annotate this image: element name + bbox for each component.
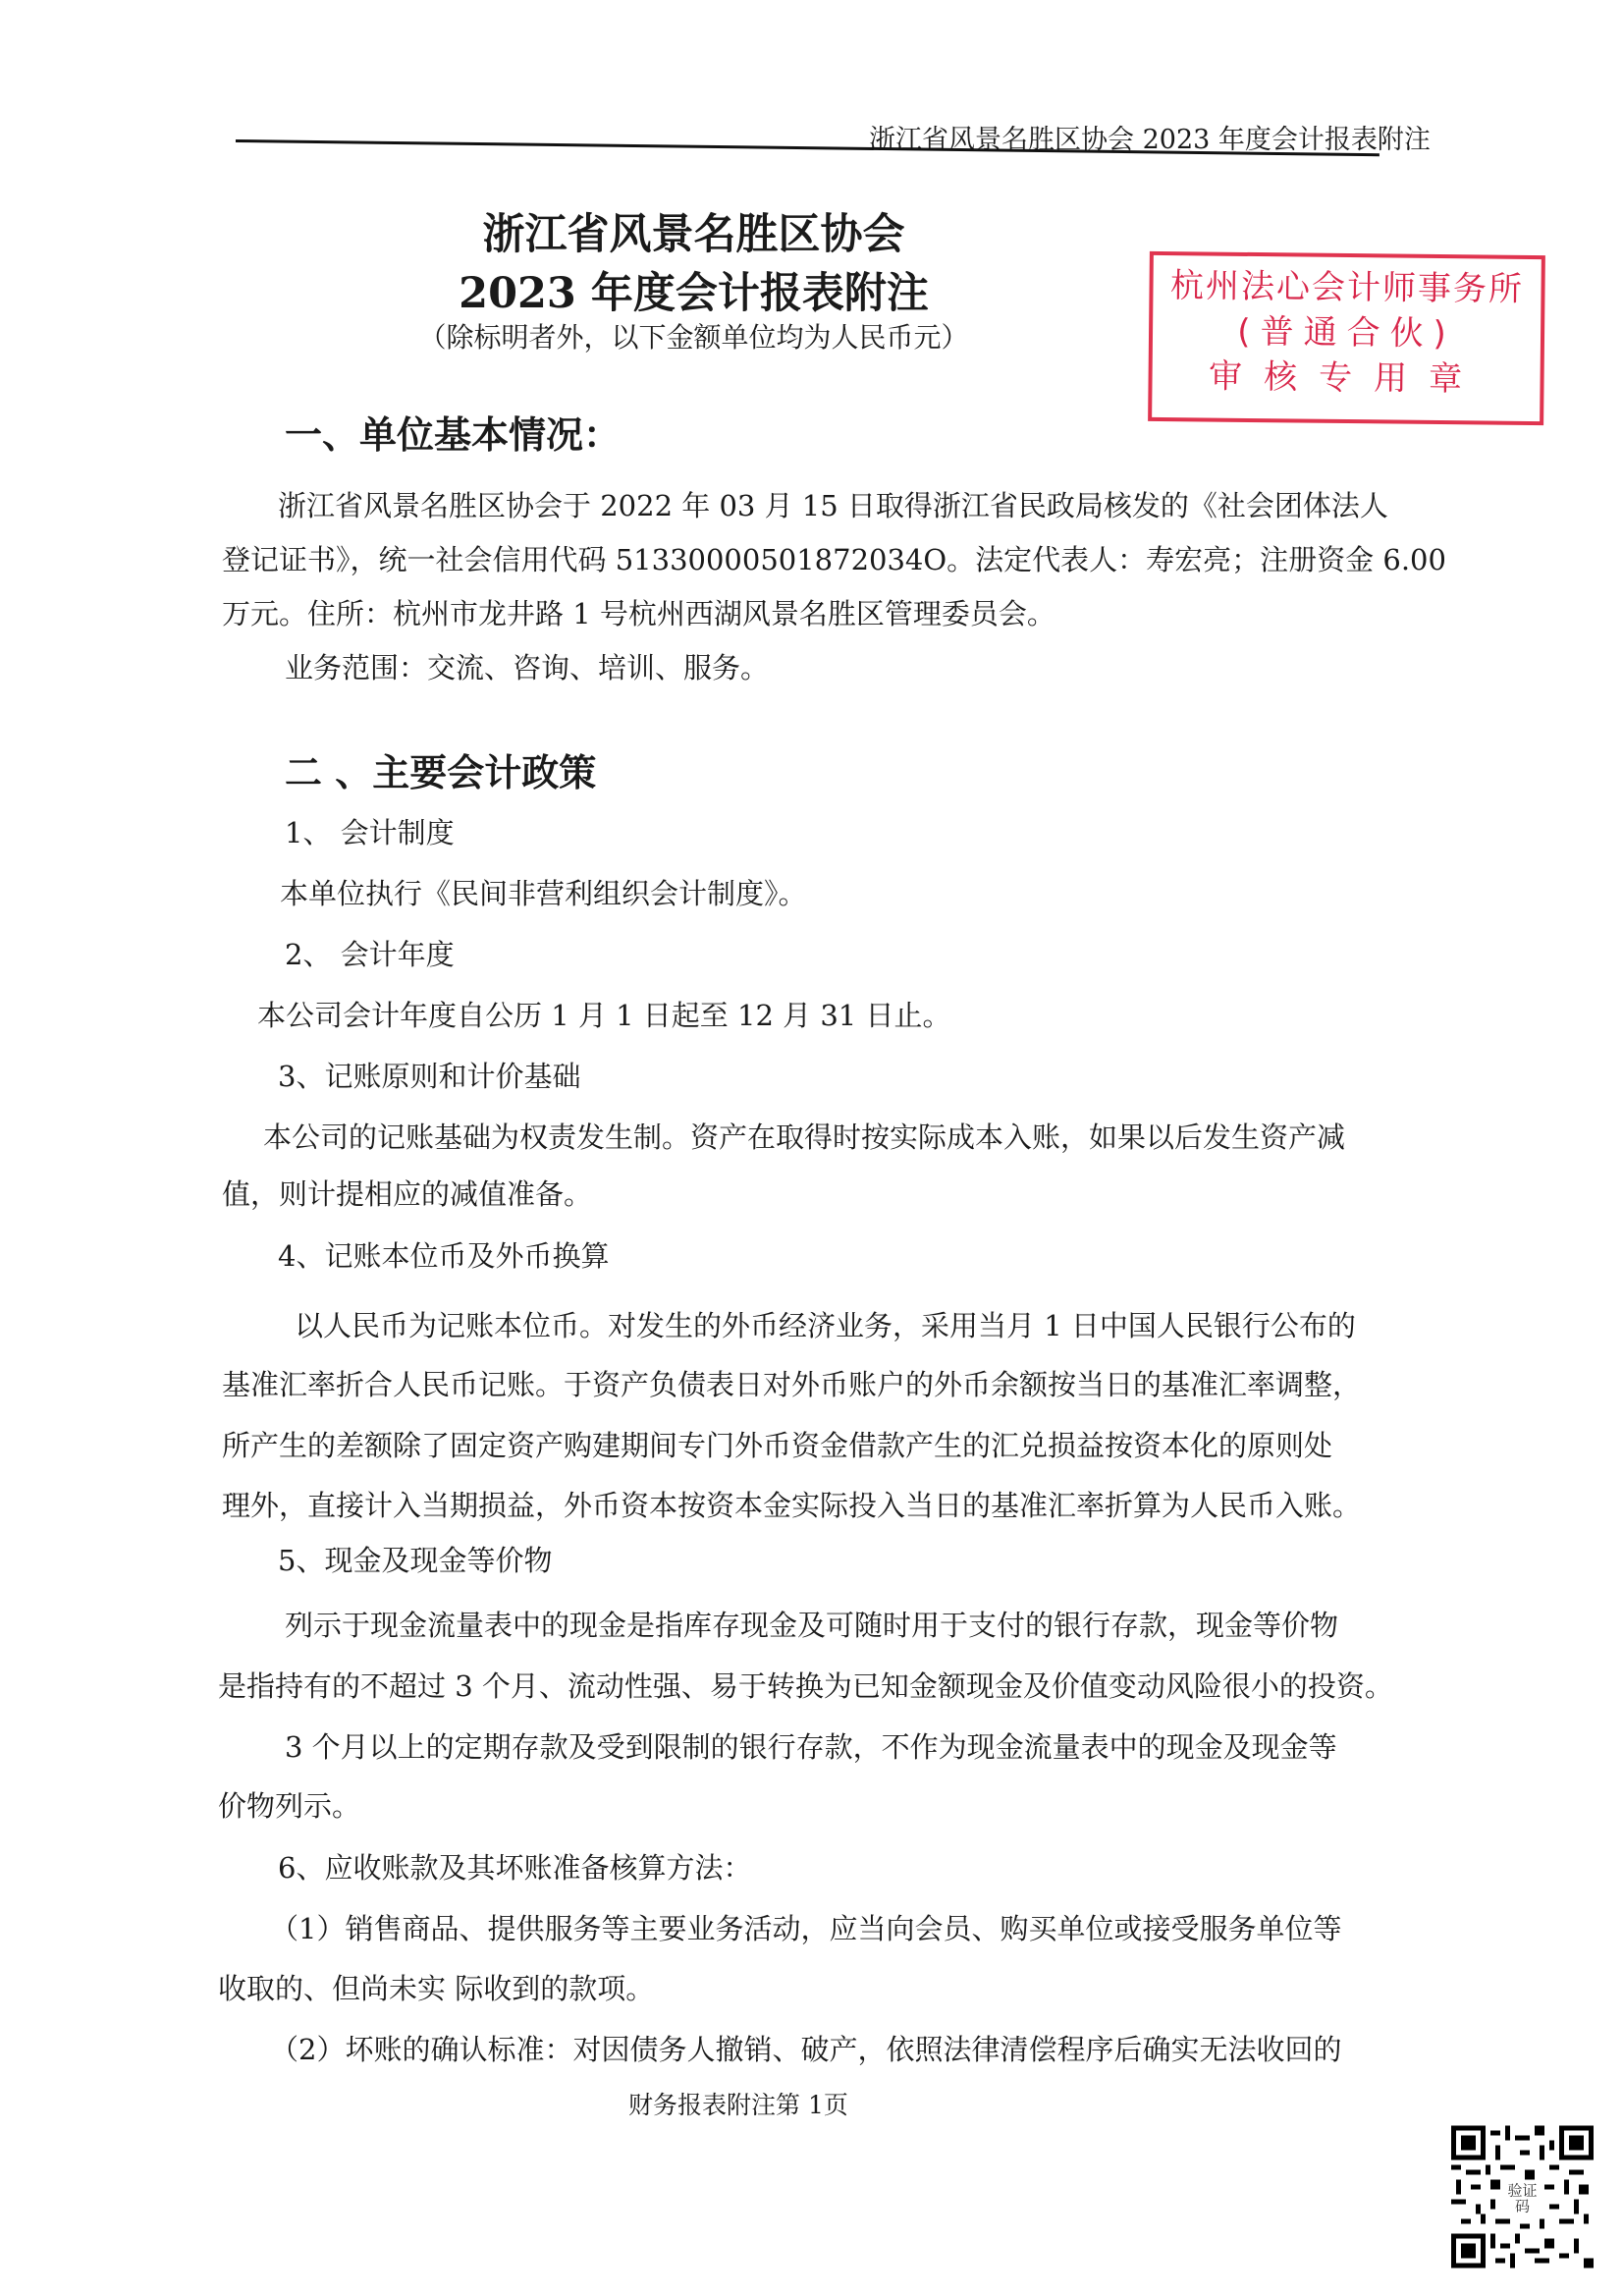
item-title: 1、 会计制度 xyxy=(285,811,455,851)
paragraph-line: 列示于现金流量表中的现金是指库存现金及可随时用于支付的银行存款，现金等价物 xyxy=(285,1604,1338,1644)
svg-text:码: 码 xyxy=(1515,2198,1530,2215)
paragraph-line: 万元。住所：杭州市龙井路 1 号杭州西湖风景名胜区管理委员会。 xyxy=(222,592,1055,632)
stamp-partnership: (普通合伙) xyxy=(1153,308,1541,357)
paragraph-line: （1）销售商品、提供服务等主要业务活动，应当向会员、购买单位或接受服务单位等 xyxy=(270,1907,1341,1947)
paragraph-line: 浙江省风景名胜区协会于 2022 年 03 月 15 日取得浙江省民政局核发的《… xyxy=(278,484,1388,524)
paragraph-line: 以人民币为记账本位币。对发生的外币经济业务，采用当月 1 日中国人民银行公布的 xyxy=(295,1304,1356,1344)
paragraph-line: 登记证书》，统一社会信用代码 51330000501872034O。法定代表人：… xyxy=(222,538,1446,578)
item-title: 2、 会计年度 xyxy=(285,933,455,973)
paragraph-line: 理外，直接计入当期损益，外币资本按资本金实际投入当日的基准汇率折算为人民币入账。 xyxy=(222,1484,1361,1524)
qr-code-icon: 验证 码 xyxy=(1451,2124,1594,2269)
item-title: 5、现金及现金等价物 xyxy=(278,1539,552,1579)
verification-qr-code[interactable]: 验证 码 xyxy=(1451,2124,1594,2269)
item-title: 4、记账本位币及外币换算 xyxy=(278,1234,609,1275)
section-heading-basic-info: 一、单位基本情况： xyxy=(285,405,621,459)
paragraph-line: 本公司的记账基础为权责发生制。资产在取得时按实际成本入账，如果以后发生资产减 xyxy=(263,1116,1345,1156)
section-heading-accounting-policies: 二 、主要会计政策 xyxy=(285,742,596,796)
paragraph-line: 收取的、但尚未实 际收到的款项。 xyxy=(218,1967,654,2007)
paragraph-line: 本公司会计年度自公历 1 月 1 日起至 12 月 31 日止。 xyxy=(257,994,950,1034)
paragraph-line: 本单位执行《民间非营利组织会计制度》。 xyxy=(280,872,807,912)
item-title: 3、记账原则和计价基础 xyxy=(278,1055,580,1095)
paragraph-line: （2）坏账的确认标准：对因债务人撤销、破产，依照法律清偿程序后确实无法收回的 xyxy=(270,2028,1341,2068)
paragraph-line: 3 个月以上的定期存款及受到限制的银行存款，不作为现金流量表中的现金及现金等 xyxy=(285,1725,1337,1766)
paragraph-line: 所产生的差额除了固定资产购建期间专门外币资金借款产生的汇兑损益按资本化的原则处 xyxy=(222,1424,1332,1464)
stamp-purpose: 审核专用章 xyxy=(1152,354,1540,403)
item-title: 6、应收账款及其坏账准备核算方法： xyxy=(278,1846,751,1886)
paragraph-line: 值，则计提相应的减值准备。 xyxy=(222,1173,592,1213)
paragraph-line: 基准汇率折合人民币记账。于资产负债表日对外币账户的外币余额按当日的基准汇率调整， xyxy=(222,1363,1361,1403)
paragraph-line: 业务范围：交流、咨询、培训、服务。 xyxy=(285,646,769,686)
audit-stamp: 杭州法心会计师事务所 (普通合伙) 审核专用章 xyxy=(1148,251,1545,425)
paragraph-line: 价物列示。 xyxy=(218,1784,360,1825)
paragraph-line: 是指持有的不超过 3 个月、流动性强、易于转换为已知金额现金及价值变动风险很小的… xyxy=(218,1665,1393,1705)
stamp-firm-name: 杭州法心会计师事务所 xyxy=(1153,263,1541,312)
page-number: 财务报表附注第 1页 xyxy=(628,2086,848,2121)
